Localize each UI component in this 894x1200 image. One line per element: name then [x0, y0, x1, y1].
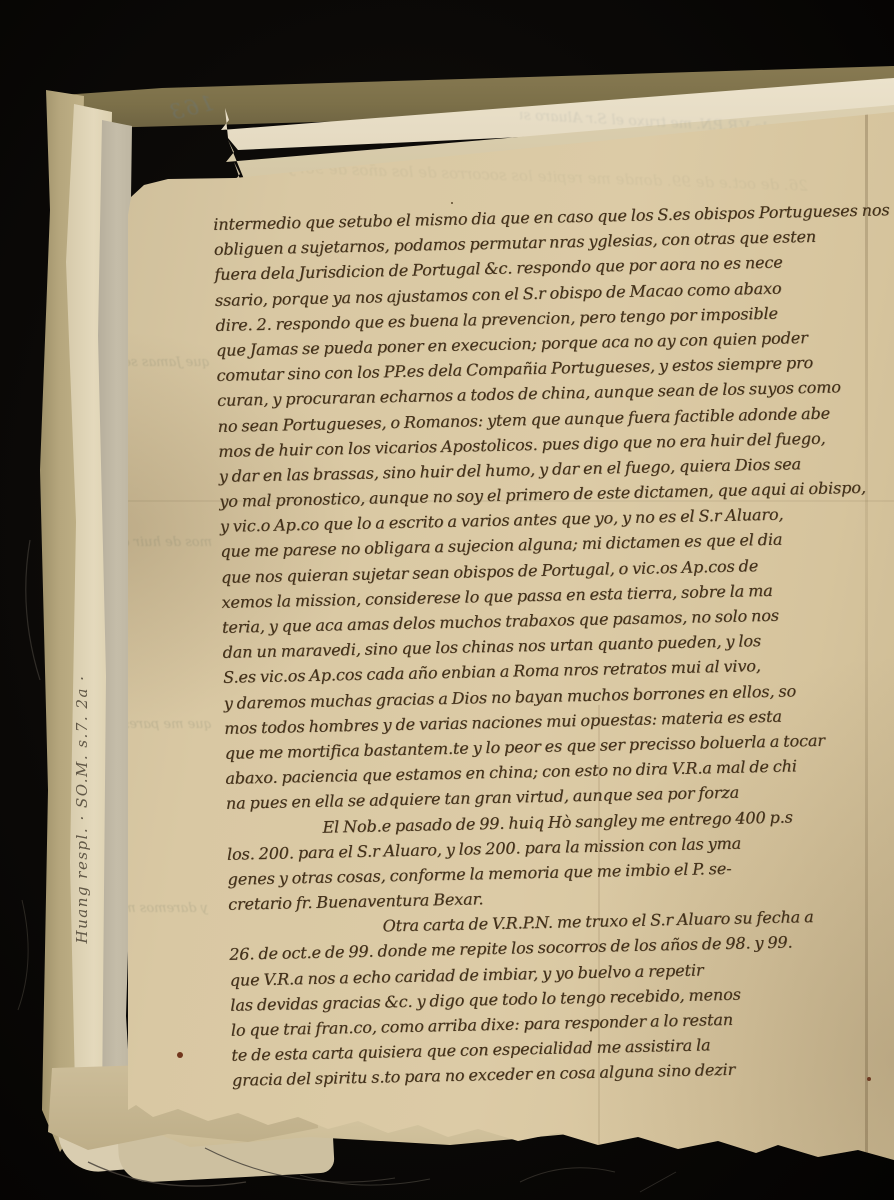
- archival-photo-scene: 163 Otra carta de V.R.P.N. me truxo el S…: [0, 0, 894, 1200]
- manuscript-text-block: intermedio que setubo el mismo dia que e…: [213, 197, 894, 1093]
- margin-bleedthrough-4: y daremos muchas gracias a Dios no bayan…: [124, 901, 208, 916]
- margin-bleedthrough-2: mos de huir con los vicarios Apostolicos…: [126, 535, 212, 550]
- manuscript-page: que Jamas se pueda poner en execucion; p…: [118, 105, 894, 1165]
- margin-bleedthrough-1: que Jamas se pueda poner en execucion; p…: [128, 355, 210, 370]
- vertical-margin-note: Huang respl. · SO.M. s.7. 2a ·: [73, 539, 99, 1079]
- margin-bleedthrough-3: que me parese no obligara a sujecion alg…: [126, 717, 212, 732]
